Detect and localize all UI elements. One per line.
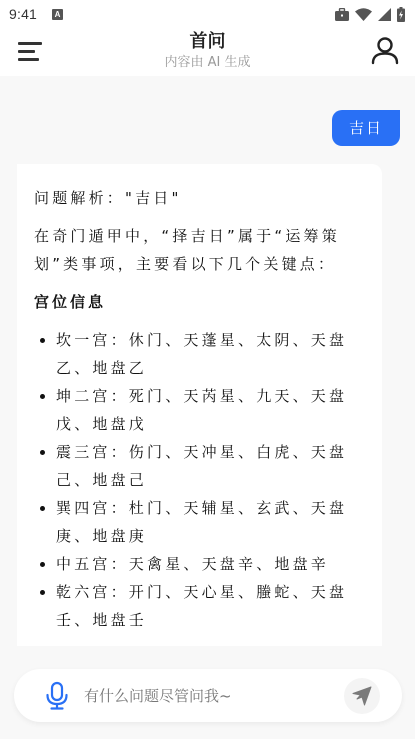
user-icon (369, 34, 401, 66)
title-block: 首问 内容由 AI 生成 (0, 31, 415, 72)
voice-input-button[interactable] (42, 681, 72, 711)
message-input-bar (14, 669, 402, 722)
section-title: 宫位信息 (34, 288, 362, 316)
intro-text: 在奇门遁甲中，“择吉日”属于“运筹策划”类事项，主要看以下几个关键点： (34, 222, 362, 278)
menu-icon-line (18, 58, 39, 61)
page-title: 首问 (0, 31, 415, 53)
ai-response-card: 问题解析："吉日" 在奇门遁甲中，“择吉日”属于“运筹策划”类事项，主要看以下几… (17, 164, 382, 646)
menu-icon-line (18, 50, 35, 53)
menu-button[interactable] (16, 37, 44, 63)
palace-list: 坎一宫：休门、天蓬星、太阴、天盘乙、地盘乙 坤二宫：死门、天芮星、九天、天盘戊、… (34, 326, 362, 634)
menu-icon (18, 42, 42, 45)
status-time: 9:41 (9, 6, 37, 22)
list-item: 巽四宫：杜门、天辅星、玄武、天盘庚、地盘庚 (34, 494, 362, 550)
profile-button[interactable] (369, 34, 401, 66)
briefcase-icon (335, 8, 349, 21)
wifi-icon (355, 8, 372, 21)
battery-charging-icon (397, 7, 405, 22)
send-icon (352, 686, 372, 706)
analysis-text: 问题解析："吉日" (34, 184, 362, 212)
send-button[interactable] (344, 678, 380, 714)
message-input[interactable] (84, 687, 344, 705)
list-item: 中五宫：天禽星、天盘辛、地盘辛 (34, 550, 362, 578)
notification-icon: A (52, 9, 63, 20)
page-subtitle: 内容由 AI 生成 (0, 54, 415, 72)
list-item: 震三宫：伤门、天冲星、白虎、天盘己、地盘己 (34, 438, 362, 494)
user-message-bubble: 吉日 (332, 110, 400, 146)
list-item: 坤二宫：死门、天芮星、九天、天盘戊、地盘戊 (34, 382, 362, 438)
list-item: 坎一宫：休门、天蓬星、太阴、天盘乙、地盘乙 (34, 326, 362, 382)
chat-area[interactable]: 吉日 问题解析："吉日" 在奇门遁甲中，“择吉日”属于“运筹策划”类事项，主要看… (0, 76, 415, 646)
list-item: 乾六宫：开门、天心星、螣蛇、天盘壬、地盘壬 (34, 578, 362, 634)
microphone-icon (42, 681, 72, 711)
status-bar: 9:41 A (0, 0, 415, 28)
status-icons (335, 7, 405, 22)
app-header: 首问 内容由 AI 生成 (0, 28, 415, 76)
input-area (0, 646, 415, 739)
signal-icon (378, 8, 391, 21)
